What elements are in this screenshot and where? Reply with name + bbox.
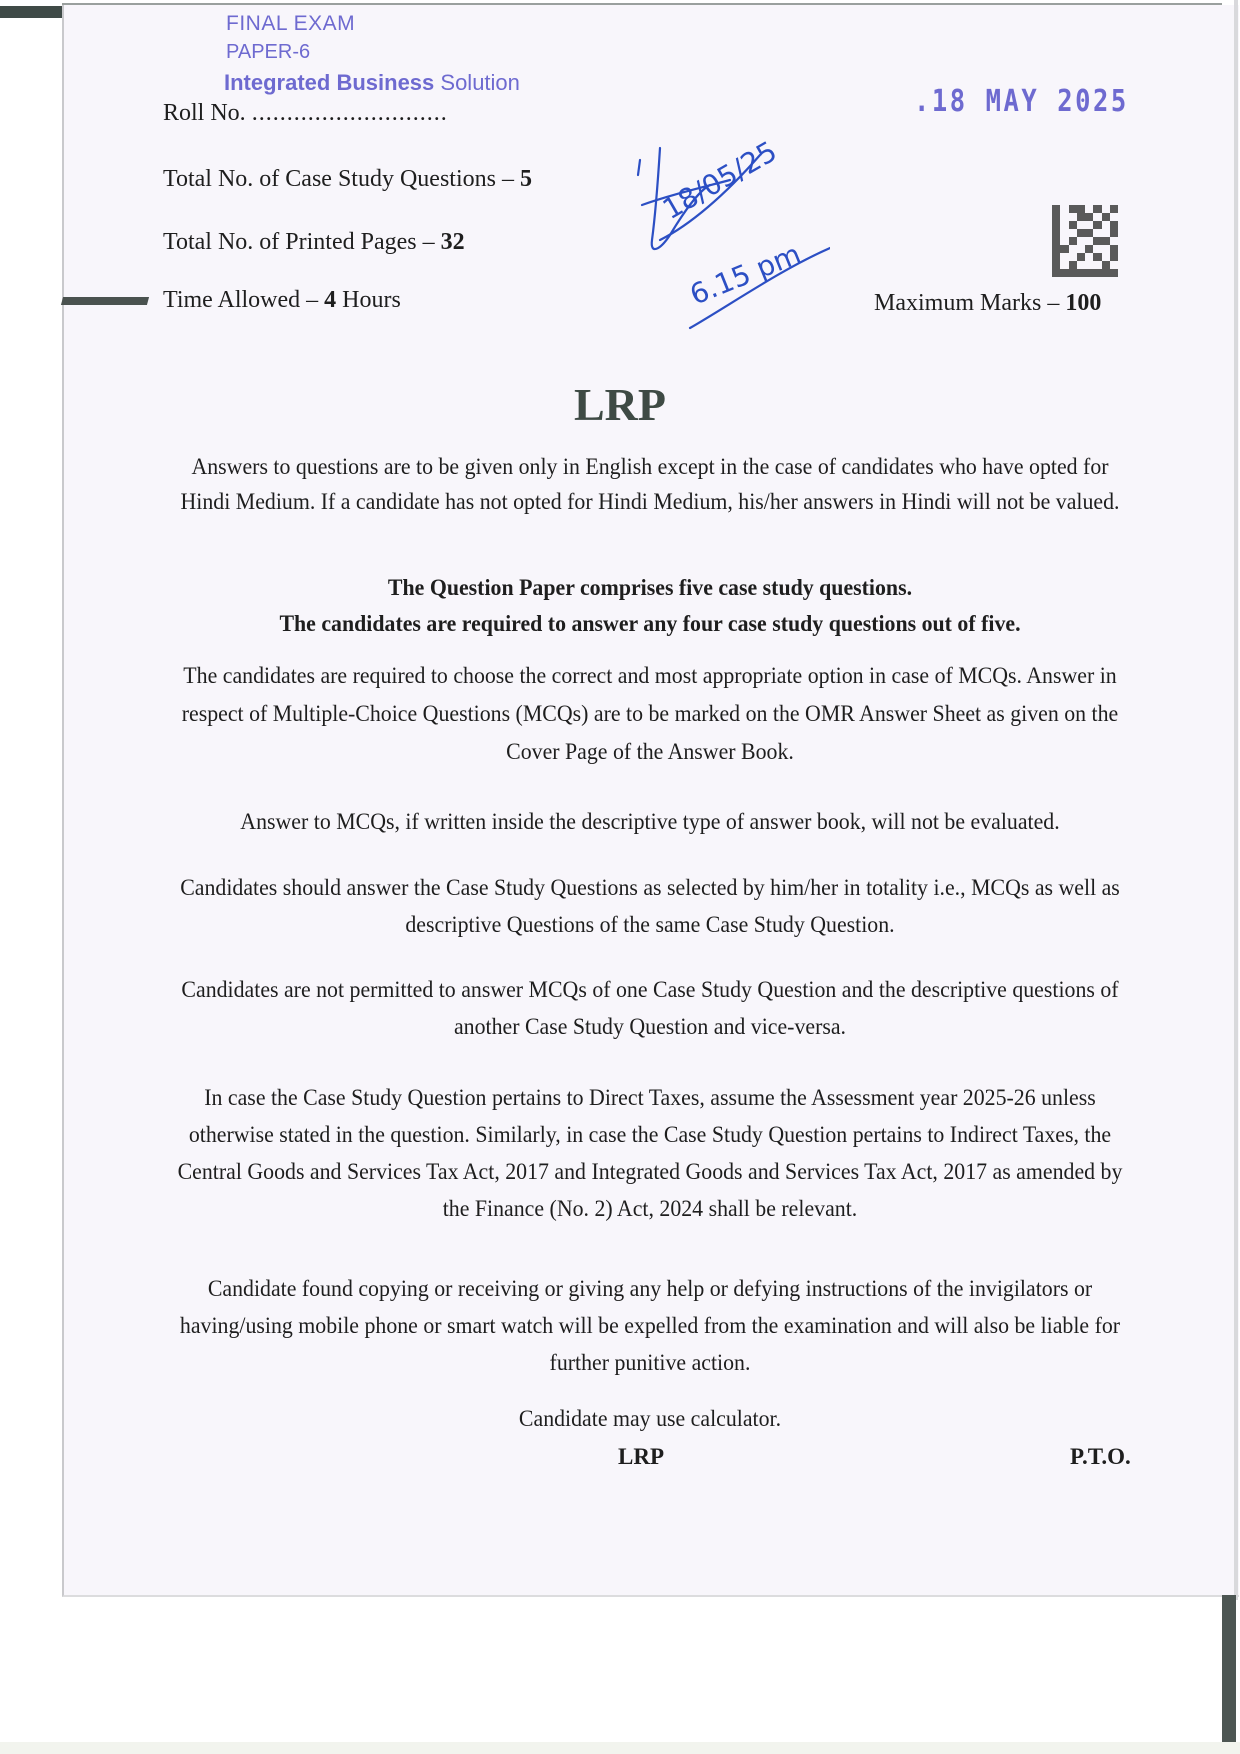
please-turn-over: P.T.O.: [1070, 1444, 1131, 1470]
stamp-subject-rest: Solution: [434, 70, 520, 95]
time-label: Time Allowed –: [163, 287, 324, 313]
instruction-paper-composition: The Question Paper comprises five case s…: [176, 571, 1125, 606]
time-allowed: Time Allowed – 4 Hours: [163, 287, 401, 314]
svg-text:18/05/25: 18/05/25: [657, 140, 782, 226]
svg-text:6.15 pm: 6.15 pm: [685, 237, 805, 311]
instruction-language: Answers to questions are to be given onl…: [176, 450, 1125, 520]
footer-paper-code: LRP: [618, 1444, 664, 1470]
case-study-label: Total No. of Case Study Questions –: [163, 166, 520, 192]
stamp-subject-bold: Integrated Business: [224, 70, 434, 95]
time-unit: Hours: [336, 287, 401, 313]
stamp-exam: FINAL EXAM: [226, 12, 355, 36]
roll-no-field: Roll No. ............................: [163, 100, 448, 127]
stamp-paper: PAPER-6: [226, 41, 310, 64]
page-right-edge: [1234, 0, 1238, 1600]
total-printed-pages: Total No. of Printed Pages – 32: [163, 229, 465, 256]
instruction-answer-totality: Candidates should answer the Case Study …: [176, 870, 1125, 944]
marks-label: Maximum Marks –: [874, 290, 1065, 316]
date-stamp: .18 MAY 2025: [914, 84, 1129, 119]
pages-label: Total No. of Printed Pages –: [163, 229, 441, 255]
instruction-answer-four: The candidates are required to answer an…: [176, 607, 1125, 642]
time-value: 4: [324, 287, 336, 313]
roll-no-label: Roll No.: [163, 100, 246, 126]
stamp-subject: Integrated Business Solution: [224, 70, 520, 96]
paper-code-title: LRP: [0, 378, 1240, 431]
pages-value: 32: [441, 229, 465, 255]
datamatrix-code-icon: [1052, 205, 1118, 277]
case-study-value: 5: [520, 166, 532, 192]
scan-edge-bar: [0, 6, 64, 18]
scan-bottom-strip: [0, 1742, 1240, 1754]
marks-value: 100: [1065, 290, 1101, 316]
instruction-calculator: Candidate may use calculator.: [176, 1402, 1125, 1437]
total-case-study-questions: Total No. of Case Study Questions – 5: [163, 166, 532, 193]
invigilator-signature: 18/05/25 6.15 pm: [630, 140, 830, 330]
roll-no-dots: ............................: [252, 100, 448, 126]
maximum-marks: Maximum Marks – 100: [874, 290, 1101, 317]
pen-mark: [61, 297, 149, 305]
instruction-no-mixing: Candidates are not permitted to answer M…: [176, 972, 1125, 1046]
instruction-mcq-omr: The candidates are required to choose th…: [176, 657, 1125, 771]
scan-edge-bar-right: [1222, 1595, 1236, 1754]
instruction-tax-assumptions: In case the Case Study Question pertains…: [176, 1080, 1125, 1228]
instruction-mcq-not-evaluated: Answer to MCQs, if written inside the de…: [176, 805, 1125, 840]
instruction-malpractice: Candidate found copying or receiving or …: [176, 1271, 1125, 1382]
